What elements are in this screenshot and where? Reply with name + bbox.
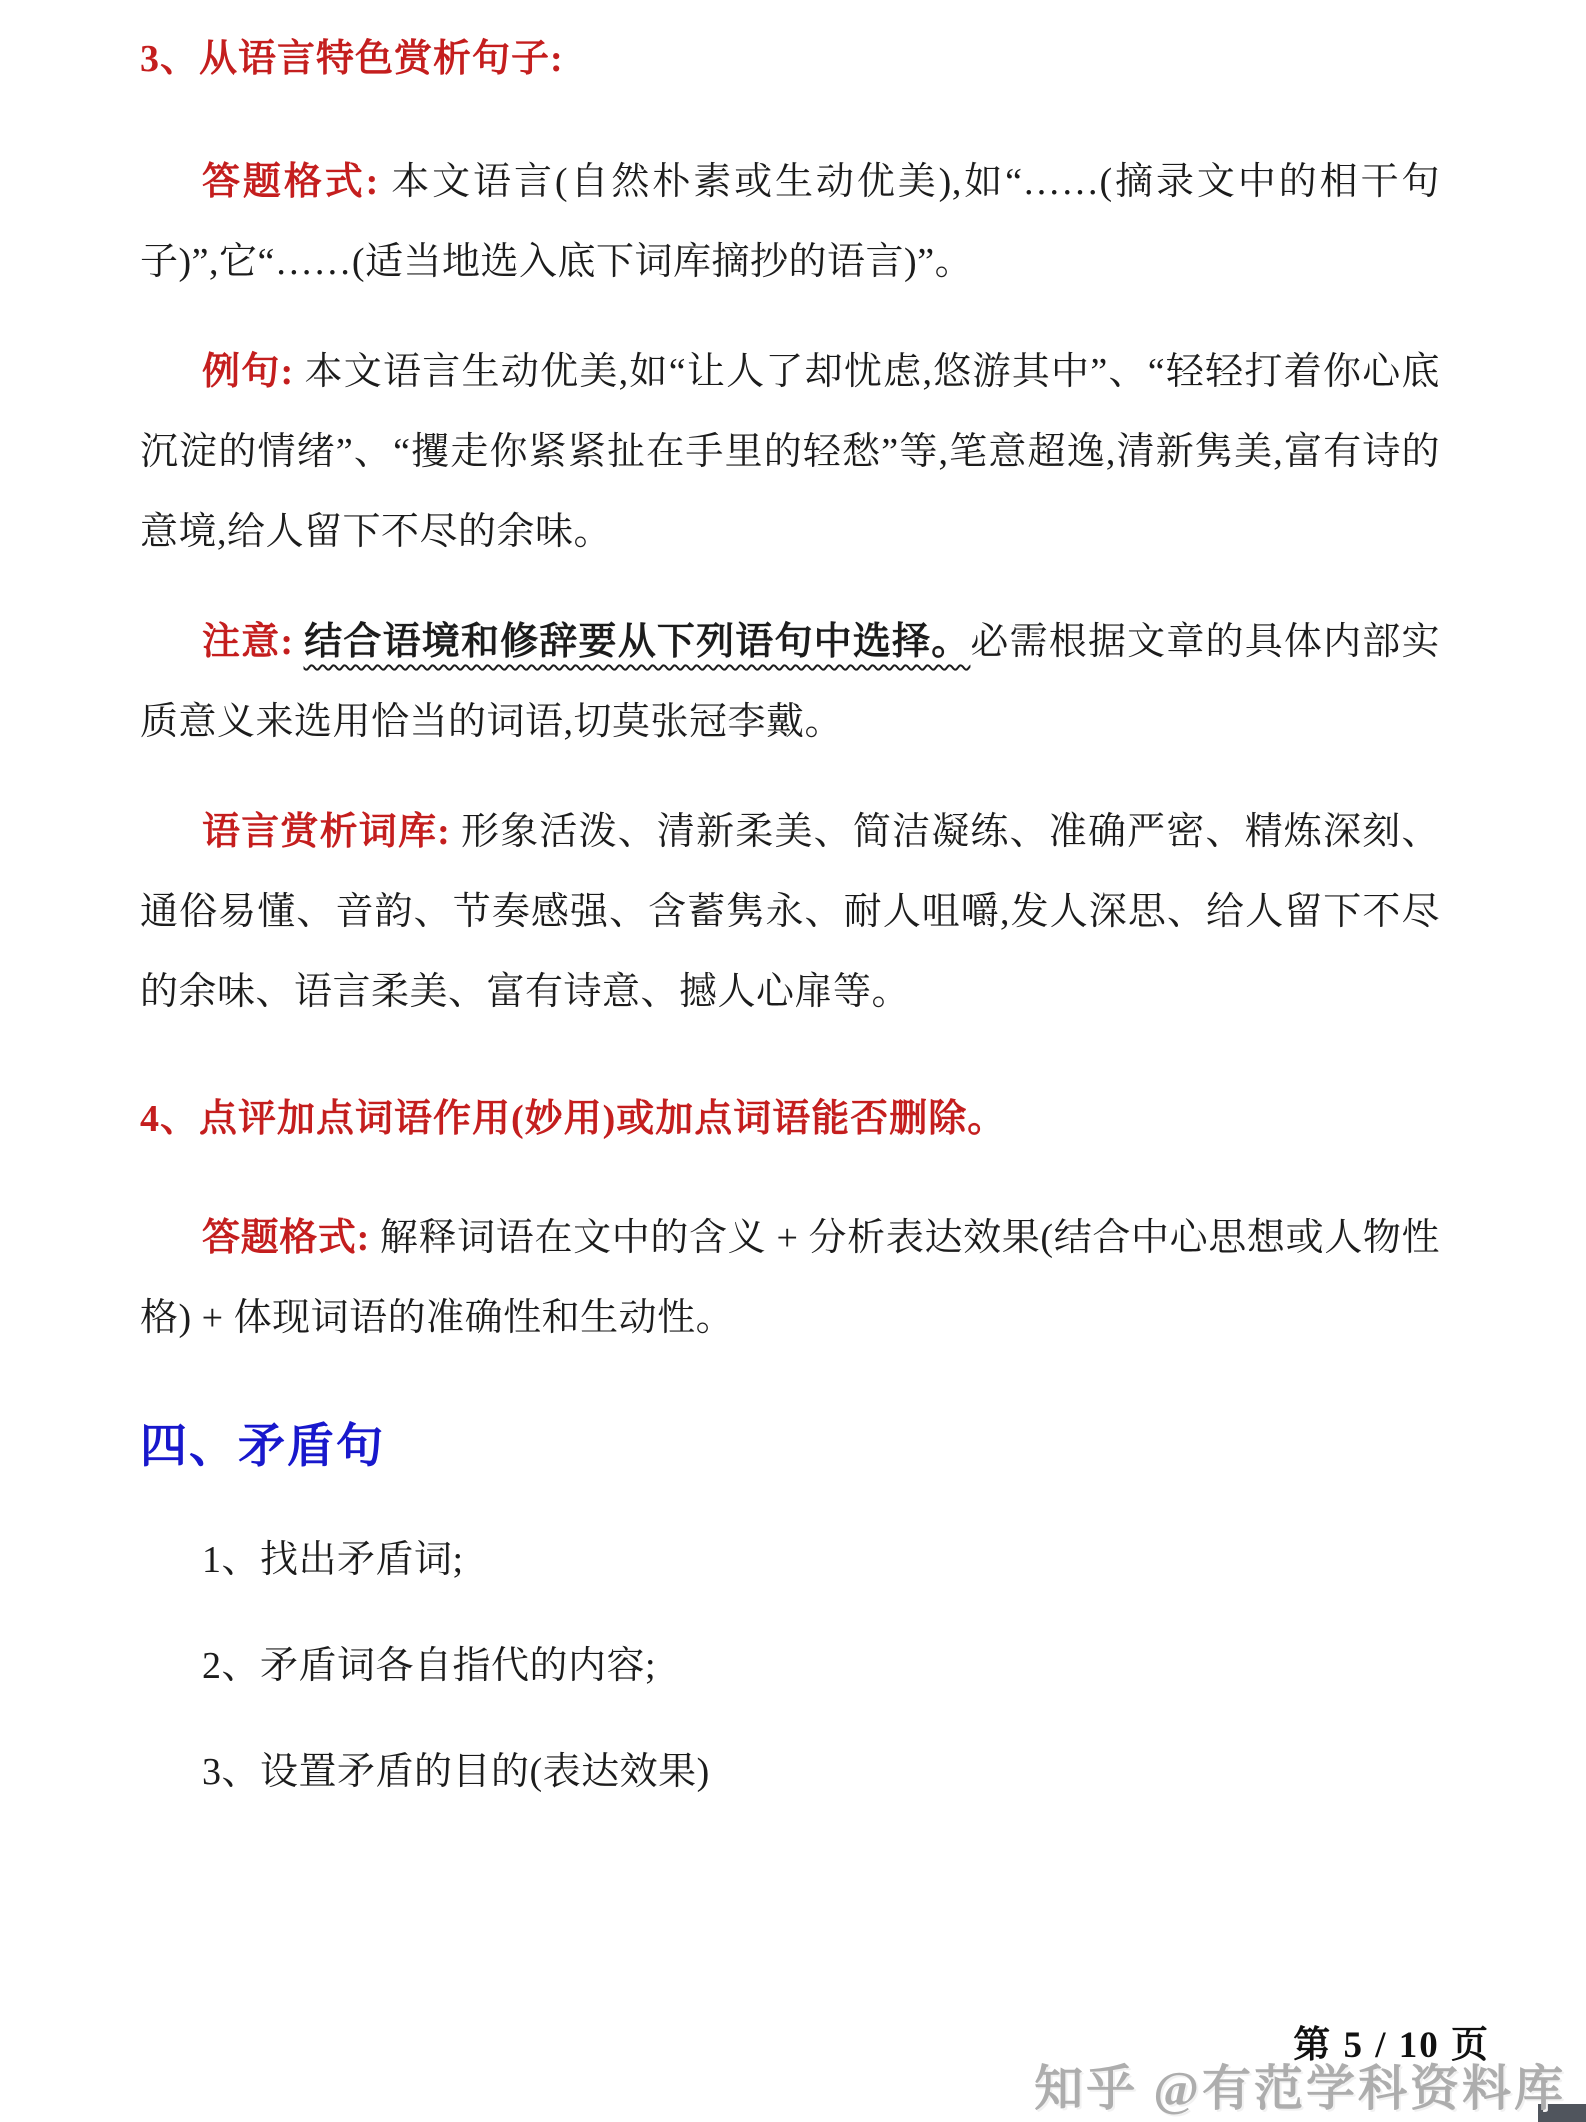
list-item-2: 2、矛盾词各自指代的内容; bbox=[140, 1626, 1440, 1706]
example-text: 本文语言生动优美,如“让人了却忧虑,悠游其中”、“轻轻打着你心底沉淀的情绪”、“… bbox=[140, 351, 1440, 553]
document-content: 3、从语言特色赏析句子: 答题格式:本文语言(自然朴素或生动优美),如“……(摘… bbox=[0, 0, 1586, 1812]
note-label: 注意: bbox=[202, 621, 294, 663]
lexicon-paragraph: 语言赏析词库:形象活泼、清新柔美、简洁凝练、准确严密、精炼深刻、通俗易懂、音韵、… bbox=[140, 792, 1440, 1032]
list-item-3: 3、设置矛盾的目的(表达效果) bbox=[140, 1732, 1440, 1812]
example-sentence-paragraph: 例句:本文语言生动优美,如“让人了却忧虑,悠游其中”、“轻轻打着你心底沉淀的情绪… bbox=[140, 332, 1440, 572]
answer-format-paragraph-2: 答题格式:解释词语在文中的含义 + 分析表达效果(结合中心思想或人物性格) + … bbox=[140, 1198, 1440, 1358]
answer-format-label-2: 答题格式: bbox=[202, 1217, 370, 1259]
example-label: 例句: bbox=[202, 351, 294, 393]
section-heading-4: 4、点评加点词语作用(妙用)或加点词语能否删除。 bbox=[140, 1094, 1440, 1144]
answer-format-label-1: 答题格式: bbox=[202, 161, 379, 203]
page-number-indicator: 第 5 / 10 页 bbox=[1293, 2014, 1490, 2068]
note-underlined-text: 结合语境和修辞要从下列语句中选择。 bbox=[304, 621, 971, 663]
document-page: 3、从语言特色赏析句子: 答题格式:本文语言(自然朴素或生动优美),如“……(摘… bbox=[0, 0, 1586, 2122]
lexicon-label: 语言赏析词库: bbox=[202, 811, 450, 853]
section-heading-3: 3、从语言特色赏析句子: bbox=[140, 34, 1440, 84]
note-paragraph: 注意:结合语境和修辞要从下列语句中选择。必需根据文章的具体内部实质意义来选用恰当… bbox=[140, 602, 1440, 762]
chapter-heading-contradiction: 四、矛盾句 bbox=[140, 1416, 1440, 1478]
answer-format-paragraph-1: 答题格式:本文语言(自然朴素或生动优美),如“……(摘录文中的相干句子)”,它“… bbox=[140, 142, 1440, 302]
list-item-1: 1、找出矛盾词; bbox=[140, 1520, 1440, 1600]
